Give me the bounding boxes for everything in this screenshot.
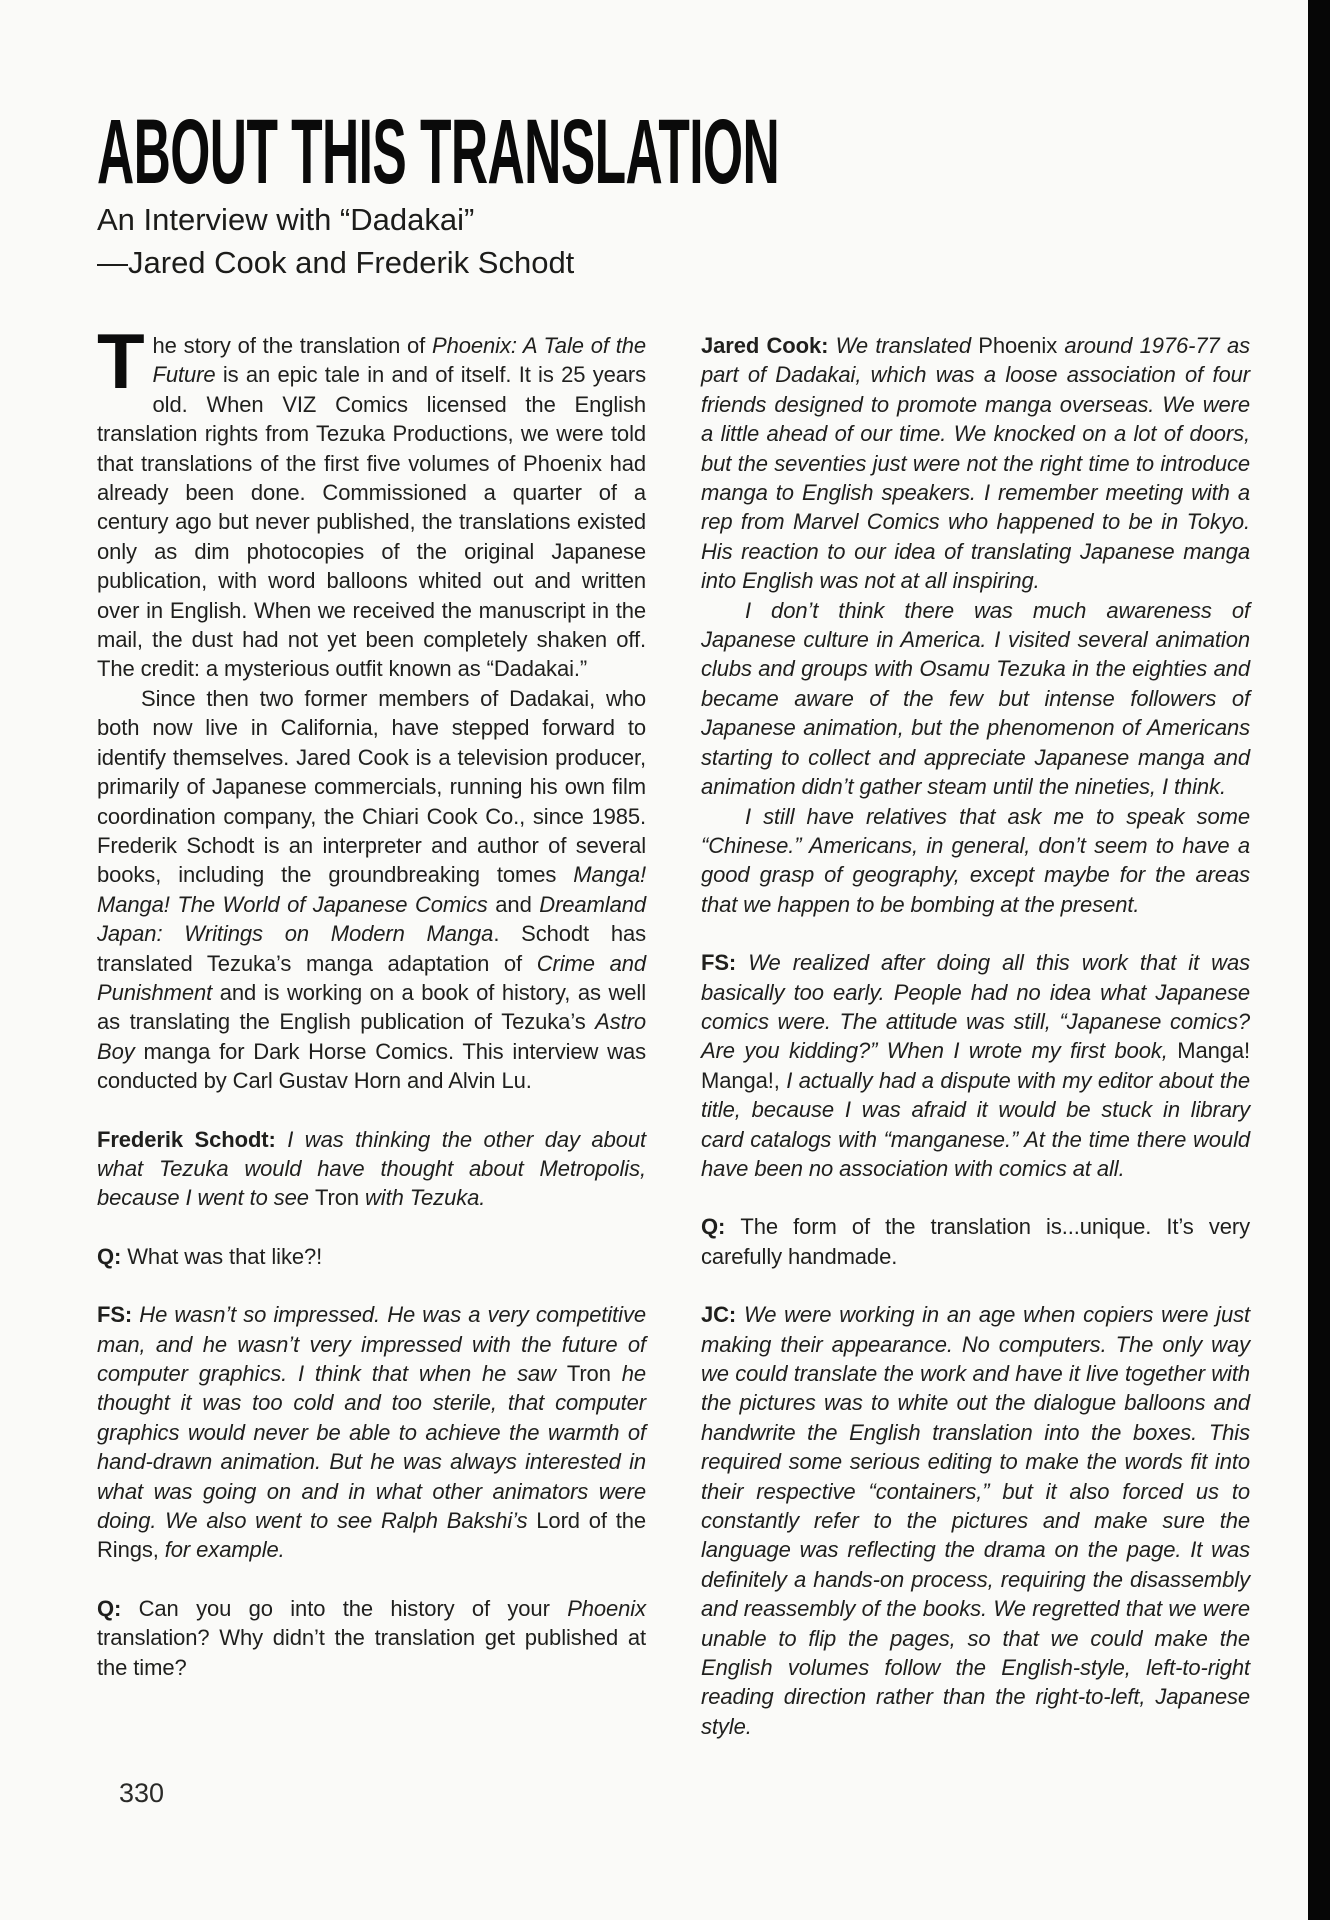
article-header: ABOUT THIS TRANSLATION An Interview with… — [97, 106, 1315, 284]
text-run: I don’t think there was much awareness o… — [701, 598, 1250, 799]
paragraph: Q: The form of the translation is...uniq… — [701, 1212, 1250, 1271]
text-run: Jared Cook: — [701, 333, 836, 358]
page-edge-bar — [1308, 0, 1330, 1920]
text-run: Phoenix — [978, 333, 1057, 358]
article-subtitle: An Interview with “Dadakai” — [97, 198, 1315, 241]
article-title: ABOUT THIS TRANSLATION — [97, 106, 779, 198]
paragraph: Q: Can you go into the history of your P… — [97, 1594, 646, 1682]
text-run: Q: — [97, 1244, 127, 1269]
paragraph: Since then two former members of Dadakai… — [97, 684, 646, 1096]
text-run: Tron — [315, 1185, 359, 1210]
paragraph: Q: What was that like?! — [97, 1242, 646, 1271]
text-run: manga for Dark Horse Comics. This interv… — [97, 1039, 646, 1093]
text-run: Q: — [97, 1596, 139, 1621]
text-run: Can you go into the history of your — [139, 1596, 568, 1621]
text-run: The form of the translation is...unique.… — [701, 1214, 1250, 1268]
text-run: with Tezuka. — [359, 1185, 485, 1210]
text-run: We translated — [836, 333, 979, 358]
paragraph: Jared Cook: We translated Phoenix around… — [701, 331, 1250, 596]
text-run: Phoenix — [567, 1596, 646, 1621]
paragraph: JC: We were working in an age when copie… — [701, 1300, 1250, 1741]
paragraph: Frederik Schodt: I was thinking the othe… — [97, 1125, 646, 1213]
text-run: Tron — [567, 1361, 611, 1386]
paragraph: I don’t think there was much awareness o… — [701, 596, 1250, 802]
text-run: FS: — [701, 950, 748, 975]
text-run: around 1976-77 as part of Dadakai, which… — [701, 333, 1250, 593]
book-page: ABOUT THIS TRANSLATION An Interview with… — [0, 0, 1330, 1920]
text-run: I actually had a dispute with my editor … — [701, 1068, 1250, 1181]
text-run: We realized after doing all this work th… — [701, 950, 1250, 1063]
text-run: Frederik Schodt: — [97, 1127, 287, 1152]
text-run: I still have relatives that ask me to sp… — [701, 804, 1250, 917]
paragraph: FS: He wasn’t so impressed. He was a ver… — [97, 1300, 646, 1565]
paragraph: The story of the translation of Phoenix:… — [97, 331, 646, 684]
text-run: translation? Why didn’t the translation … — [97, 1625, 646, 1679]
article-byline: —Jared Cook and Frederik Schodt — [97, 241, 1315, 284]
page-number: 330 — [119, 1778, 164, 1809]
text-run: FS: — [97, 1302, 139, 1327]
text-run: is an epic tale in and of itself. It is … — [97, 362, 646, 681]
paragraph: FS: We realized after doing all this wor… — [701, 948, 1250, 1183]
text-run: We were working in an age when copiers w… — [701, 1302, 1250, 1739]
text-run: for example. — [159, 1537, 285, 1562]
text-run: Q: — [701, 1214, 740, 1239]
text-run: Since then two former members of Dadakai… — [97, 686, 646, 887]
left-column: The story of the translation of Phoenix:… — [97, 331, 646, 1682]
text-run: He wasn’t so impressed. He was a very co… — [97, 1302, 646, 1386]
drop-cap: T — [97, 333, 145, 390]
text-run: he story of the translation of — [153, 333, 433, 358]
text-run: and — [488, 892, 540, 917]
right-column: Jared Cook: We translated Phoenix around… — [701, 331, 1250, 1741]
text-run: JC: — [701, 1302, 744, 1327]
paragraph: I still have relatives that ask me to sp… — [701, 802, 1250, 920]
text-run: What was that like?! — [127, 1244, 322, 1269]
